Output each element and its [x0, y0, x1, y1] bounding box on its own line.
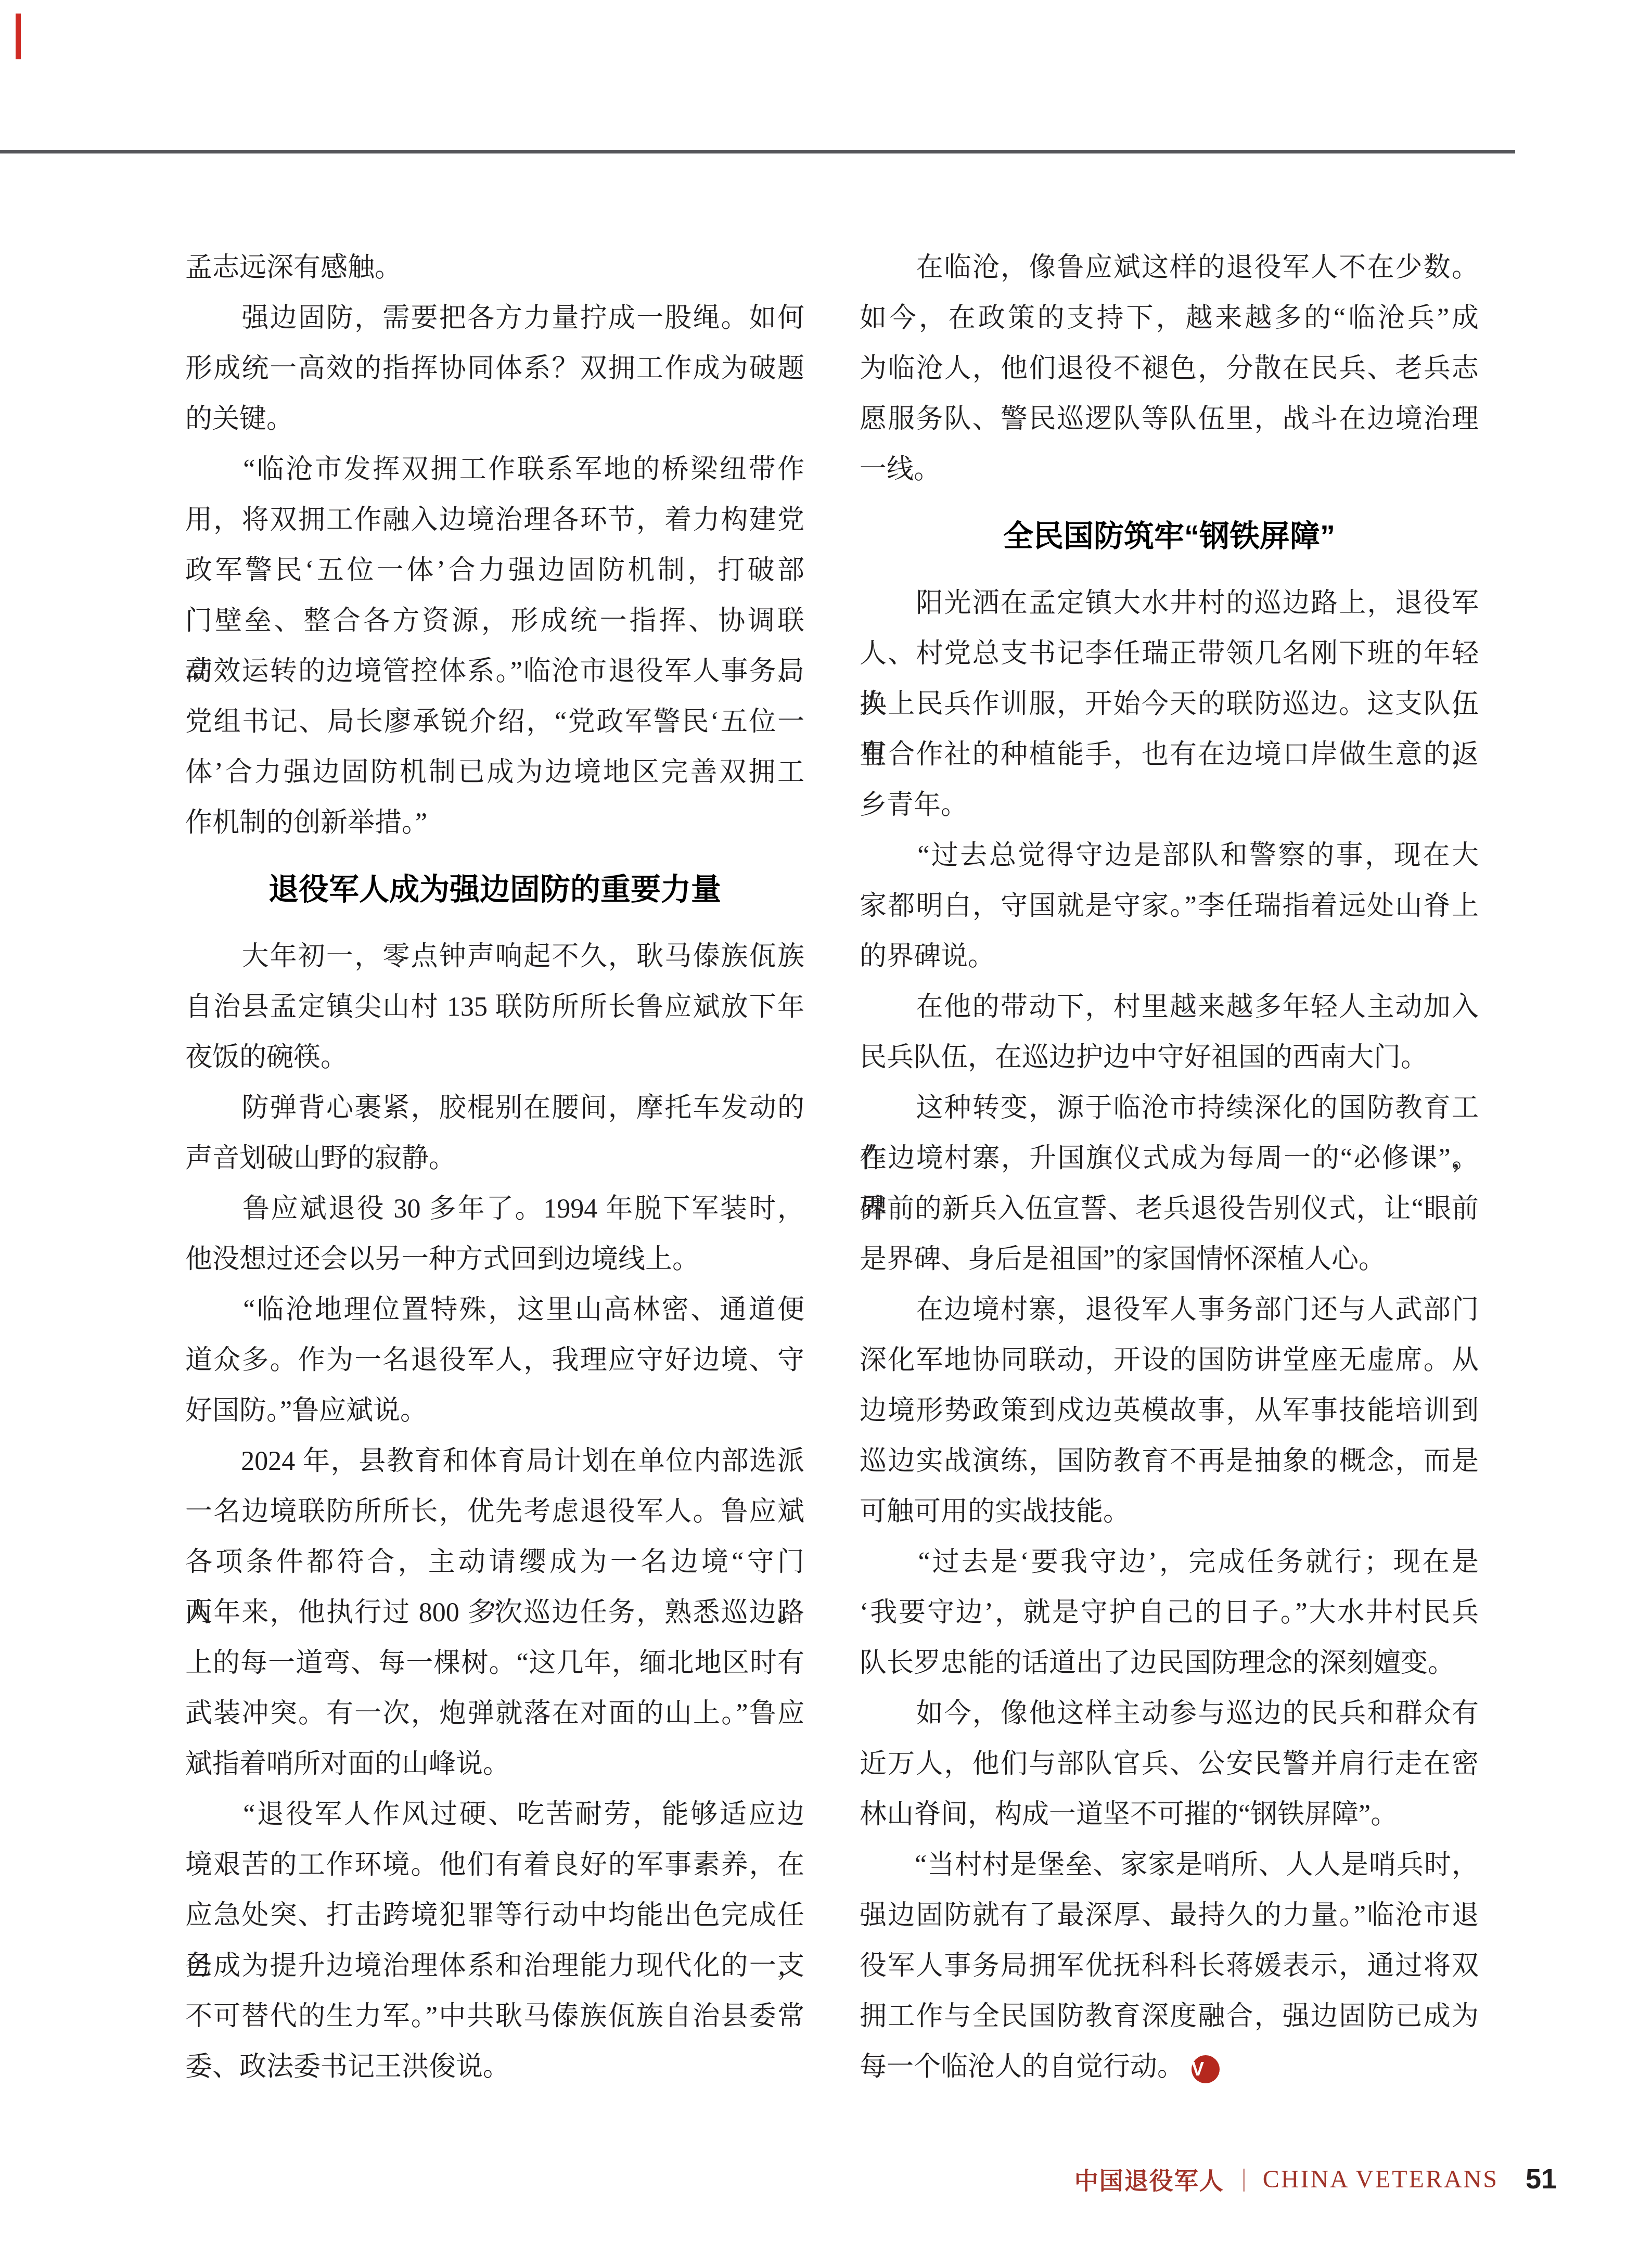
text-line: 武装冲突。有一次，炮弹就落在对面的山上。”鲁应 — [185, 1688, 804, 1739]
text-line: 换上民兵作训服，开始今天的联防巡边。这支队伍里， — [860, 679, 1479, 729]
text-line: 门壁垒、整合各方资源，形成统一指挥、协调联动、 — [185, 596, 804, 646]
text-line: 役军人事务局拥军优抚科科长蒋媛表示，通过将双 — [860, 1941, 1479, 1991]
section-heading: 退役军人成为强边固防的重要力量 — [185, 848, 804, 931]
text-line: 好国防。”鲁应斌说。 — [185, 1386, 804, 1436]
text-line: 政军警民‘五位一体’合力强边固防机制，打破部 — [185, 545, 804, 596]
text-line: 在边境村寨，升国旗仪式成为每周一的“必修课”，界 — [860, 1133, 1479, 1184]
page-footer: 中国退役军人 ｜ CHINA VETERANS 51 — [1074, 2160, 1557, 2198]
text-line: 孟志远深有感触。 — [185, 242, 804, 293]
text-line: 拥工作与全民国防教育深度融合，强边固防已成为 — [860, 1991, 1479, 2042]
text-line: 边境形势政策到戍边英模故事，从军事技能培训到 — [860, 1386, 1479, 1436]
text-line: “过去是‘要我守边’，完成任务就行；现在是 — [860, 1537, 1479, 1587]
text-line: 作机制的创新举措。” — [185, 798, 804, 848]
text-line: 体’合力强边固防机制已成为边境地区完善双拥工 — [185, 747, 804, 798]
text-line: 已成为提升边境治理体系和治理能力现代化的一支 — [185, 1941, 804, 1991]
text-line: 一名边境联防所所长，优先考虑退役军人。鲁应斌 — [185, 1487, 804, 1537]
text-line: 近万人，他们与部队官兵、公安民警并肩行走在密 — [860, 1739, 1479, 1789]
text-line: “过去总觉得守边是部队和警察的事，现在大 — [860, 830, 1479, 881]
magazine-page: { "page": { "end_mark": "V", "footer": {… — [0, 0, 1652, 2242]
text-line: 人、村党总支书记李任瑞正带领几名刚下班的年轻人， — [860, 629, 1479, 679]
text-line: 阳光洒在孟定镇大水井村的巡边路上，退役军 — [860, 578, 1479, 629]
text-line: 大年初一，零点钟声响起不久，耿马傣族佤族 — [185, 931, 804, 982]
text-line: 2024 年，县教育和体育局计划在单位内部选派 — [185, 1436, 804, 1487]
magazine-title-en: CHINA VETERANS — [1263, 2165, 1499, 2194]
text-line: 境艰苦的工作环境。他们有着良好的军事素养，在 — [185, 1840, 804, 1890]
footer-divider: ｜ — [1233, 2162, 1256, 2196]
text-line: 防弹背心裹紧，胶棍别在腰间，摩托车发动的 — [185, 1083, 804, 1133]
text-line: 的关键。 — [185, 394, 804, 444]
text-line: 一线。 — [860, 444, 1479, 495]
text-line: 强边固防，需要把各方力量拧成一股绳。如何 — [185, 293, 804, 343]
spine-bleed-mark — [16, 14, 21, 59]
text-line: “临沧市发挥双拥工作联系军地的桥梁纽带作 — [185, 444, 804, 495]
text-line: 上的每一道弯、每一棵树。“这几年，缅北地区时有 — [185, 1638, 804, 1688]
text-line: 不可替代的生力军。”中共耿马傣族佤族自治县委常 — [185, 1991, 804, 2042]
text-line: “退役军人作风过硬、吃苦耐劳，能够适应边 — [185, 1789, 804, 1840]
text-line: 形成统一高效的指挥协同体系？双拥工作成为破题 — [185, 343, 804, 394]
text-line: 深化军地协同联动，开设的国防讲堂座无虚席。从 — [860, 1335, 1479, 1386]
text-line: 如今，在政策的支持下，越来越多的“临沧兵”成 — [860, 293, 1479, 343]
text-line: 强边固防就有了最深厚、最持久的力量。”临沧市退 — [860, 1890, 1479, 1941]
text-line: 愿服务队、警民巡逻队等队伍里，战斗在边境治理 — [860, 394, 1479, 444]
text-line: 为临沧人，他们退役不褪色，分散在民兵、老兵志 — [860, 343, 1479, 394]
text-line: 自治县孟定镇尖山村 135 联防所所长鲁应斌放下年 — [185, 982, 804, 1032]
text-line: 是界碑、身后是祖国”的家国情怀深植人心。 — [860, 1234, 1479, 1285]
text-line: 在边境村寨，退役军人事务部门还与人武部门 — [860, 1285, 1479, 1335]
text-line: 在临沧，像鲁应斌这样的退役军人不在少数。 — [860, 242, 1479, 293]
text-line: 家都明白，守国就是守家。”李任瑞指着远处山脊上 — [860, 881, 1479, 931]
text-line: 他没想过还会以另一种方式回到边境线上。 — [185, 1234, 804, 1285]
text-line: “临沧地理位置特殊，这里山高林密、通道便 — [185, 1285, 804, 1335]
text-line: 的界碑说。 — [860, 931, 1479, 982]
text-column-right: 在临沧，像鲁应斌这样的退役军人不在少数。如今，在政策的支持下，越来越多的“临沧兵… — [860, 242, 1479, 2092]
text-line: 高效运转的边境管控体系。”临沧市退役军人事务局 — [185, 646, 804, 697]
text-line: 斌指着哨所对面的山峰说。 — [185, 1739, 804, 1789]
text-line: 可触可用的实战技能。 — [860, 1487, 1479, 1537]
text-line: 乡青年。 — [860, 780, 1479, 830]
veterans-end-mark-icon: V — [1192, 2055, 1220, 2083]
text-line: 碑前的新兵入伍宣誓、老兵退役告别仪式，让“眼前 — [860, 1184, 1479, 1234]
text-line: 巡边实战演练，国防教育不再是抽象的概念，而是 — [860, 1436, 1479, 1487]
text-line: 如今，像他这样主动参与巡边的民兵和群众有 — [860, 1688, 1479, 1739]
text-line: 林山脊间，构成一道坚不可摧的“钢铁屏障”。 — [860, 1789, 1479, 1840]
text-line: 委、政法委书记王洪俊说。 — [185, 2042, 804, 2092]
text-line: 两年来，他执行过 800 多次巡边任务，熟悉巡边路 — [185, 1587, 804, 1638]
text-line: 声音划破山野的寂静。 — [185, 1133, 804, 1184]
text-line: “当村村是堡垒、家家是哨所、人人是哨兵时， — [860, 1840, 1479, 1890]
text-line: 在他的带动下，村里越来越多年轻人主动加入 — [860, 982, 1479, 1032]
page-number: 51 — [1526, 2163, 1557, 2195]
text-line: ‘我要守边’，就是守护自己的日子。”大水井村民兵 — [860, 1587, 1479, 1638]
text-line: 夜饭的碗筷。 — [185, 1032, 804, 1083]
text-line: 党组书记、局长廖承锐介绍，“党政军警民‘五位一 — [185, 697, 804, 747]
magazine-title-cn: 中国退役军人 — [1074, 2162, 1224, 2196]
text-line: 有合作社的种植能手，也有在边境口岸做生意的返 — [860, 729, 1479, 780]
text-line: 各项条件都符合，主动请缨成为一名边境“守门人”。 — [185, 1537, 804, 1587]
text-line: 应急处突、打击跨境犯罪等行动中均能出色完成任务， — [185, 1890, 804, 1941]
text-line: 每一个临沧人的自觉行动。V — [860, 2042, 1479, 2092]
text-line: 鲁应斌退役 30 多年了。1994 年脱下军装时， — [185, 1184, 804, 1234]
section-heading: 全民国防筑牢“钢铁屏障” — [860, 495, 1479, 578]
text-line: 这种转变，源于临沧市持续深化的国防教育工作。 — [860, 1083, 1479, 1133]
header-rule — [0, 150, 1515, 153]
text-line: 民兵队伍，在巡边护边中守好祖国的西南大门。 — [860, 1032, 1479, 1083]
text-column-left: 孟志远深有感触。 强边固防，需要把各方力量拧成一股绳。如何形成统一高效的指挥协同… — [185, 242, 804, 2092]
text-line: 用，将双拥工作融入边境治理各环节，着力构建党 — [185, 495, 804, 545]
text-line: 队长罗忠能的话道出了边民国防理念的深刻嬗变。 — [860, 1638, 1479, 1688]
text-line: 道众多。作为一名退役军人，我理应守好边境、守 — [185, 1335, 804, 1386]
